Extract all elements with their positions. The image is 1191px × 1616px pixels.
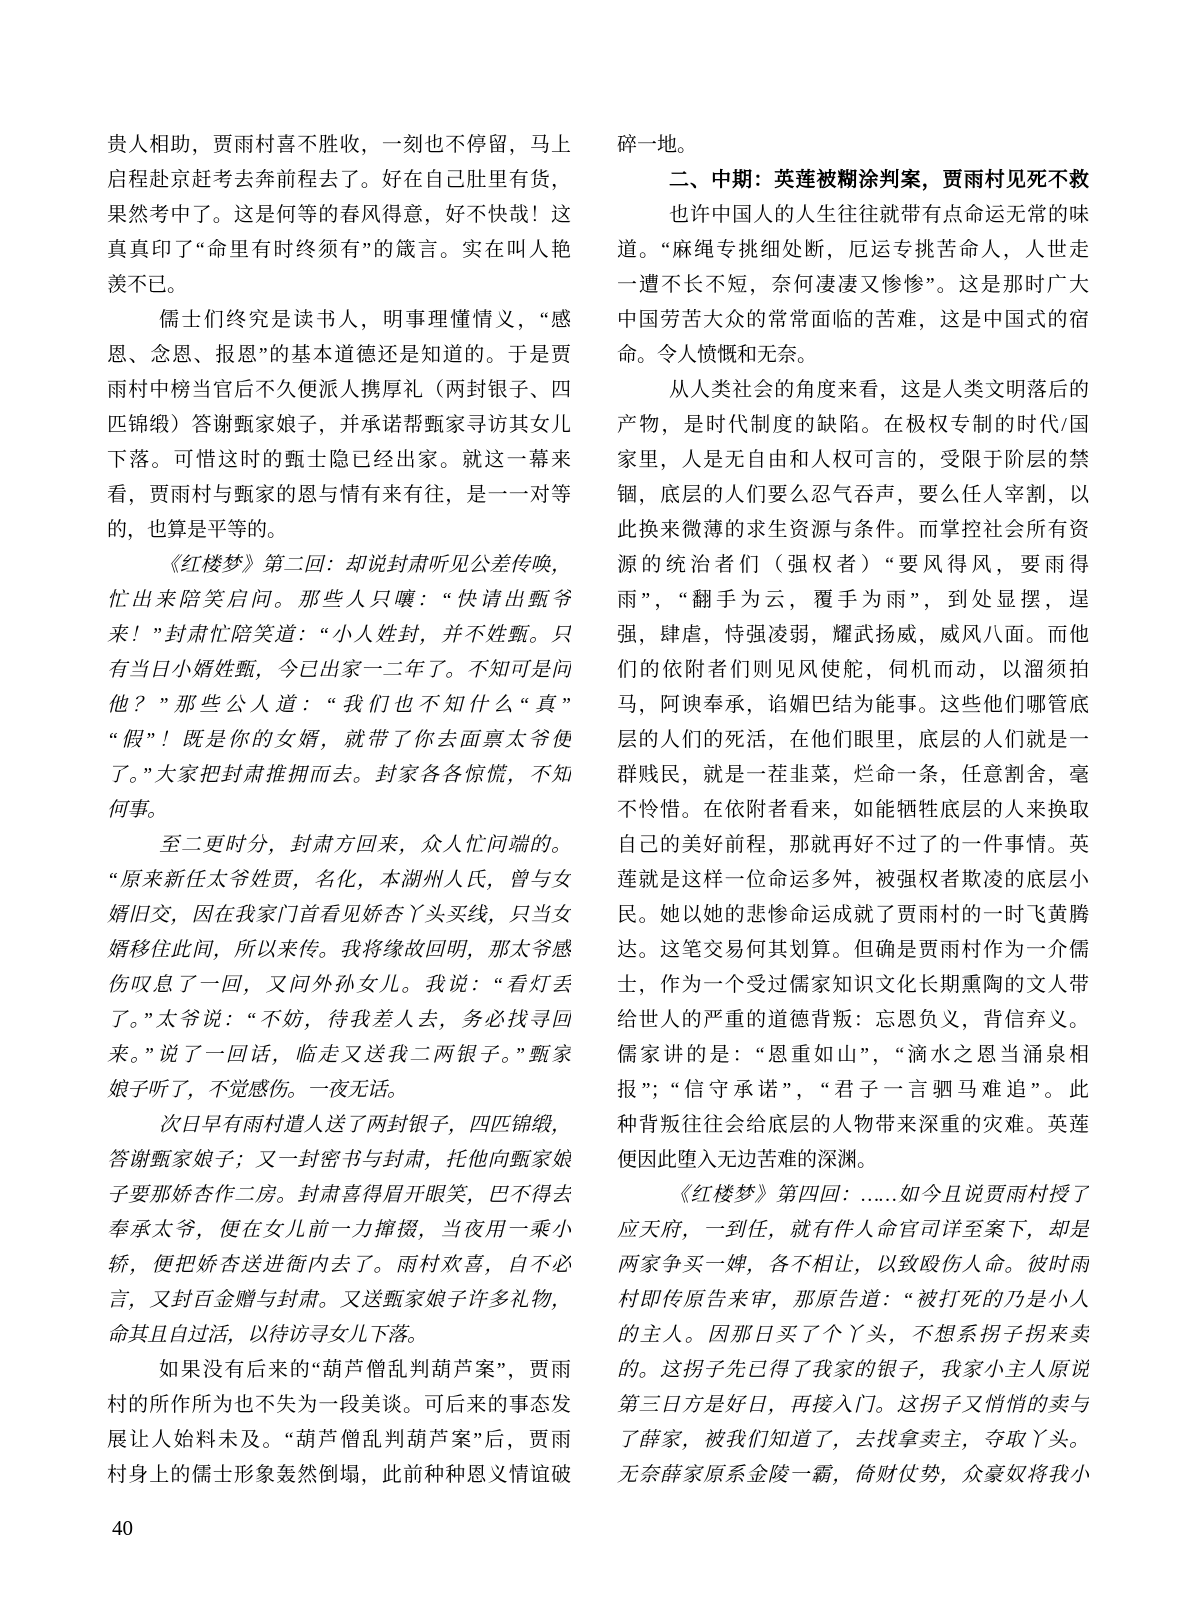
text-line: 一遭不长不短，奈何凄凄又惨惨”。这是那时广大: [617, 268, 1089, 303]
text-line: 种背叛往往会给底层的人物带来深重的灾难。英莲: [617, 1108, 1089, 1143]
text-line: 匹锦缎）答谢甄家娘子，并承诺帮甄家寻访其女儿: [107, 408, 571, 443]
right-text-column: 碎一地。二、中期：英莲被糊涂判案，贾雨村见死不救也许中国人的人生往往就带有点命运…: [617, 128, 1089, 1493]
text-line: 马，阿谀奉承，谄媚巴结为能事。这些他们哪管底: [617, 688, 1089, 723]
paragraph: 如果没有后来的“葫芦僧乱判葫芦案”，贾雨村的所作所为也不失为一段美谈。可后来的事…: [107, 1353, 571, 1493]
text-line: 道。“麻绳专挑细处断，厄运专挑苦命人，人世走: [617, 233, 1089, 268]
text-line: 展让人始料未及。“葫芦僧乱判葫芦案”后，贾雨: [107, 1423, 571, 1458]
text-line: 锢，底层的人们要么忍气吞声，要么任人宰割，以: [617, 478, 1089, 513]
text-line: 羡不已。: [107, 268, 571, 303]
text-line: 来！”封肃忙陪笑道：“小人姓封，并不姓甄。只: [107, 618, 571, 653]
text-line: 们的依附者们则见风使舵，伺机而动，以溜须拍: [617, 653, 1089, 688]
quoted-paragraph: 《红楼梦》第四回：……如今且说贾雨村授了应天府，一到任，就有件人命官司详至案下，…: [617, 1178, 1089, 1493]
text-line: 达。这笔交易何其划算。但确是贾雨村作为一介儒: [617, 933, 1089, 968]
text-line: 村的所作所为也不失为一段美谈。可后来的事态发: [107, 1388, 571, 1423]
text-line: 儒家讲的是：“恩重如山”，“滴水之恩当涌泉相: [617, 1038, 1089, 1073]
text-line: 村即传原告来审，那原告道：“被打死的乃是小人: [617, 1283, 1089, 1318]
text-line: 强，肆虐，恃强凌弱，耀武扬威，威风八面。而他: [617, 618, 1089, 653]
text-line: 贵人相助，贾雨村喜不胜收，一刻也不停留，马上: [107, 128, 571, 163]
text-line: 源的统治者们（强权者）“要风得风，要雨得: [617, 548, 1089, 583]
text-line: 儒士们终究是读书人，明事理懂情义，“感: [107, 303, 571, 338]
text-line: 此换来微薄的求生资源与条件。而掌控社会所有资: [617, 513, 1089, 548]
text-line: 应天府，一到任，就有件人命官司详至案下，却是: [617, 1213, 1089, 1248]
text-line: 了。”太爷说：“不妨，待我差人去，务必找寻回: [107, 1003, 571, 1038]
document-page: 贵人相助，贾雨村喜不胜收，一刻也不停留，马上启程赴京赶考去奔前程去了。好在自己肚…: [0, 0, 1191, 1616]
text-line: 家里，人是无自由和人权可言的，受限于阶层的禁: [617, 443, 1089, 478]
paragraph: 碎一地。: [617, 128, 1089, 163]
section-heading: 二、中期：英莲被糊涂判案，贾雨村见死不救: [617, 163, 1089, 198]
text-line: 给世人的严重的道德背叛：忘恩负义，背信弃义。: [617, 1003, 1089, 1038]
text-line: 的主人。因那日买了个丫头，不想系拐子拐来卖: [617, 1318, 1089, 1353]
text-line: 恩、念恩、报恩”的基本道德还是知道的。于是贾: [107, 338, 571, 373]
text-line: 村身上的儒士形象轰然倒塌，此前种种恩义情谊破: [107, 1458, 571, 1493]
text-line: 看，贾雨村与甄家的恩与情有来有往，是一一对等: [107, 478, 571, 513]
text-line: 答谢甄家娘子；又一封密书与封肃，托他向甄家娘: [107, 1143, 571, 1178]
text-line: 层的人们的死活，在他们眼里，底层的人们就是一: [617, 723, 1089, 758]
paragraph: 也许中国人的人生往往就带有点命运无常的味道。“麻绳专挑细处断，厄运专挑苦命人，人…: [617, 198, 1089, 373]
text-line: 《红楼梦》第四回：……如今且说贾雨村授了: [617, 1178, 1089, 1213]
text-line: 子要那娇杏作二房。封肃喜得眉开眼笑，巴不得去: [107, 1178, 571, 1213]
text-line: 碎一地。: [617, 128, 1089, 163]
text-line: 自己的美好前程，那就再好不过了的一件事情。英: [617, 828, 1089, 863]
paragraph: 儒士们终究是读书人，明事理懂情义，“感恩、念恩、报恩”的基本道德还是知道的。于是…: [107, 303, 571, 548]
text-line: 《红楼梦》第二回：却说封肃听见公差传唤，: [107, 548, 571, 583]
left-text-column: 贵人相助，贾雨村喜不胜收，一刻也不停留，马上启程赴京赶考去奔前程去了。好在自己肚…: [107, 128, 571, 1493]
text-line: 奉承太爷，便在女儿前一力撺掇，当夜用一乘小: [107, 1213, 571, 1248]
text-line: 两家争买一婢，各不相让，以致殴伤人命。彼时雨: [617, 1248, 1089, 1283]
text-line: 雨”，“翻手为云，覆手为雨”，到处显摆，逞: [617, 583, 1089, 618]
text-line: 言，又封百金赠与封肃。又送甄家娘子许多礼物，: [107, 1283, 571, 1318]
text-line: 伤叹息了一回，又问外孙女儿。我说：“看灯丢: [107, 968, 571, 1003]
text-line: 士，作为一个受过儒家知识文化长期熏陶的文人带: [617, 968, 1089, 1003]
text-line: 雨村中榜当官后不久便派人携厚礼（两封银子、四: [107, 373, 571, 408]
text-line: 婿移住此间，所以来传。我将缘故回明，那太爷感: [107, 933, 571, 968]
text-line: 如果没有后来的“葫芦僧乱判葫芦案”，贾雨: [107, 1353, 571, 1388]
quoted-paragraph: 次日早有雨村遣人送了两封银子，四匹锦缎，答谢甄家娘子；又一封密书与封肃，托他向甄…: [107, 1108, 571, 1353]
text-line: 下落。可惜这时的甄士隐已经出家。就这一幕来: [107, 443, 571, 478]
text-line: 娘子听了，不觉感伤。一夜无话。: [107, 1073, 571, 1108]
text-line: 中国劳苦大众的常常面临的苦难，这是中国式的宿: [617, 303, 1089, 338]
text-line: 忙出来陪笑启问。那些人只嚷：“快请出甄爷: [107, 583, 571, 618]
text-line: 至二更时分，封肃方回来，众人忙问端的。: [107, 828, 571, 863]
text-line: 民。她以她的悲惨命运成就了贾雨村的一时飞黄腾: [617, 898, 1089, 933]
quoted-paragraph: 至二更时分，封肃方回来，众人忙问端的。“原来新任太爷姓贾，名化，本湖州人氏，曾与…: [107, 828, 571, 1108]
text-line: 次日早有雨村遣人送了两封银子，四匹锦缎，: [107, 1108, 571, 1143]
text-line: 了。”大家把封肃推拥而去。封家各各惊慌，不知: [107, 758, 571, 793]
text-line: 有当日小婿姓甄，今已出家一二年了。不知可是问: [107, 653, 571, 688]
text-line: 他？”那些公人道：“我们也不知什么“真”: [107, 688, 571, 723]
text-line: “原来新任太爷姓贾，名化，本湖州人氏，曾与女: [107, 863, 571, 898]
text-line: 的，也算是平等的。: [107, 513, 571, 548]
text-line: 轿，便把娇杏送进衙内去了。雨村欢喜，自不必: [107, 1248, 571, 1283]
text-line: 群贱民，就是一茬韭菜，烂命一条，任意割舍，毫: [617, 758, 1089, 793]
text-line: 何事。: [107, 793, 571, 828]
text-line: 产物，是时代制度的缺陷。在极权专制的时代/国: [617, 408, 1089, 443]
text-line: 了薛家，被我们知道了，去找拿卖主，夺取丫头。: [617, 1423, 1089, 1458]
text-line: 真真印了“命里有时终须有”的箴言。实在叫人艳: [107, 233, 571, 268]
text-line: 命。令人愤慨和无奈。: [617, 338, 1089, 373]
text-line: 第三日方是好日，再接入门。这拐子又悄悄的卖与: [617, 1388, 1089, 1423]
page-number: 40: [112, 1513, 133, 1543]
text-line: 无奈薛家原系金陵一霸，倚财仗势，众豪奴将我小: [617, 1458, 1089, 1493]
text-line: 从人类社会的角度来看，这是人类文明落后的: [617, 373, 1089, 408]
paragraph: 从人类社会的角度来看，这是人类文明落后的产物，是时代制度的缺陷。在极权专制的时代…: [617, 373, 1089, 1178]
text-line: 不怜惜。在依附者看来，如能牺牲底层的人来换取: [617, 793, 1089, 828]
quoted-paragraph: 《红楼梦》第二回：却说封肃听见公差传唤，忙出来陪笑启问。那些人只嚷：“快请出甄爷…: [107, 548, 571, 828]
text-line: 报”；“信守承诺”，“君子一言驷马难追”。此: [617, 1073, 1089, 1108]
paragraph: 贵人相助，贾雨村喜不胜收，一刻也不停留，马上启程赴京赶考去奔前程去了。好在自己肚…: [107, 128, 571, 303]
text-line: 便因此堕入无边苦难的深渊。: [617, 1143, 1089, 1178]
text-line: 也许中国人的人生往往就带有点命运无常的味: [617, 198, 1089, 233]
text-line: 莲就是这样一位命运多舛，被强权者欺凌的底层小: [617, 863, 1089, 898]
text-line: 果然考中了。这是何等的春风得意，好不快哉！这: [107, 198, 571, 233]
text-line: 命其且自过活，以待访寻女儿下落。: [107, 1318, 571, 1353]
text-line: “假”！既是你的女婿，就带了你去面禀太爷便: [107, 723, 571, 758]
text-line: 来。”说了一回话，临走又送我二两银子。”甄家: [107, 1038, 571, 1073]
text-line: 婿旧交，因在我家门首看见娇杏丫头买线，只当女: [107, 898, 571, 933]
text-line: 启程赴京赶考去奔前程去了。好在自己肚里有货，: [107, 163, 571, 198]
text-line: 的。这拐子先已得了我家的银子，我家小主人原说: [617, 1353, 1089, 1388]
text-line: 二、中期：英莲被糊涂判案，贾雨村见死不救: [617, 163, 1089, 198]
